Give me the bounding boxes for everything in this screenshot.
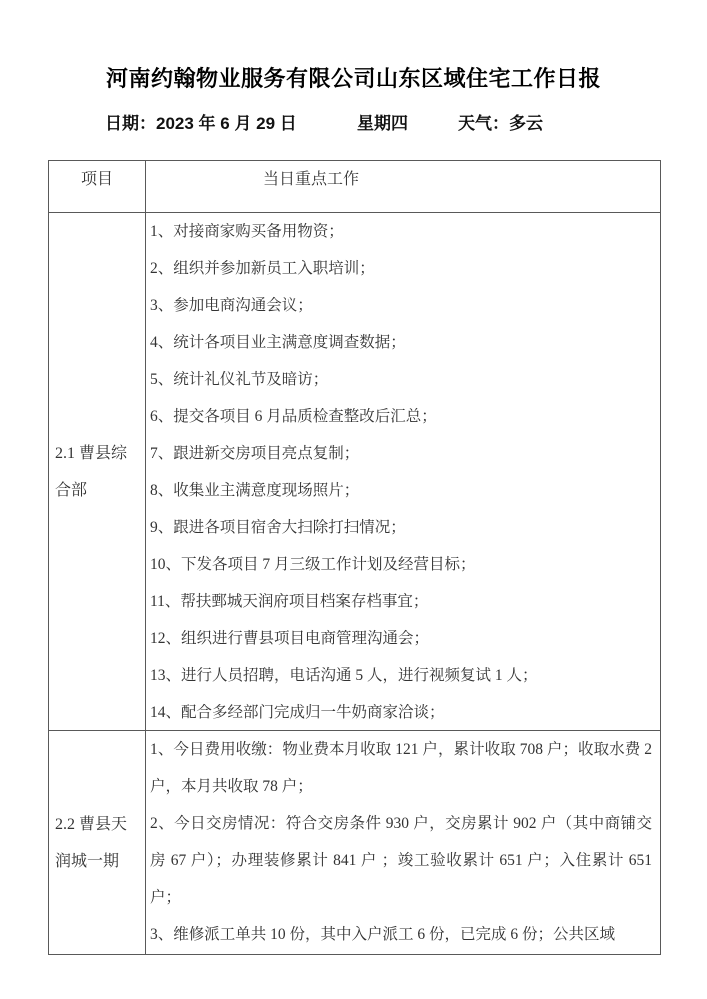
work-item: 12、组织进行曹县项目电商管理沟通会； (150, 620, 652, 657)
work-item: 9、跟进各项目宿舍大扫除打扫情况； (150, 509, 652, 546)
project-name: 2.2 曹县天润城一期 (55, 806, 141, 880)
table-row-1-project-label: 2.1 曹县综合部 (49, 213, 146, 731)
work-item: 3、维修派工单共 10 份，其中入户派工 6 份，已完成 6 份；公共区域 (150, 916, 652, 953)
work-item: 5、统计礼仪礼节及暗访； (150, 361, 652, 398)
column-header-work: 当日重点工作 (146, 161, 660, 213)
work-item: 4、统计各项目业主满意度调查数据； (150, 324, 652, 361)
column-header-project: 项目 (49, 161, 146, 213)
meta-line: 日期：2023 年 6 月 29 日 星期四 天气：多云 (0, 110, 707, 138)
report-table: 项目 当日重点工作 2.1 曹县综合部 1、对接商家购买备用物资； 2、组织并参… (48, 160, 661, 955)
date-text: 日期：2023 年 6 月 29 日 (105, 110, 297, 138)
project-name: 2.1 曹县综合部 (55, 435, 141, 509)
work-item: 1、对接商家购买备用物资； (150, 213, 652, 250)
work-item: 10、下发各项目 7 月三级工作计划及经营目标； (150, 546, 652, 583)
work-item: 1、今日费用收缴：物业费本月收取 121 户，累计收取 708 户；收取水费 2… (150, 731, 652, 805)
weekday-text: 星期四 (357, 110, 408, 138)
table-row-2-work-items: 1、今日费用收缴：物业费本月收取 121 户，累计收取 708 户；收取水费 2… (146, 731, 660, 954)
page-title: 河南约翰物业服务有限公司山东区域住宅工作日报 (0, 63, 707, 95)
work-item: 11、帮扶鄄城天润府项目档案存档事宜； (150, 583, 652, 620)
work-item: 13、进行人员招聘，电话沟通 5 人，进行视频复试 1 人； (150, 657, 652, 694)
table-row-1-work-items: 1、对接商家购买备用物资； 2、组织并参加新员工入职培训； 3、参加电商沟通会议… (146, 213, 660, 731)
work-item: 6、提交各项目 6 月品质检查整改后汇总； (150, 398, 652, 435)
work-item: 14、配合多经部门完成归一牛奶商家洽谈； (150, 694, 652, 731)
work-item: 2、组织并参加新员工入职培训； (150, 250, 652, 287)
work-item: 7、跟进新交房项目亮点复制； (150, 435, 652, 472)
work-item: 8、收集业主满意度现场照片； (150, 472, 652, 509)
work-item: 3、参加电商沟通会议； (150, 287, 652, 324)
document-page: 河南约翰物业服务有限公司山东区域住宅工作日报 日期：2023 年 6 月 29 … (0, 0, 707, 999)
weather-text: 天气：多云 (458, 110, 543, 138)
work-item: 2、今日交房情况：符合交房条件 930 户，交房累计 902 户（其中商铺交房 … (150, 805, 652, 916)
table-row-2-project-label: 2.2 曹县天润城一期 (49, 731, 146, 954)
